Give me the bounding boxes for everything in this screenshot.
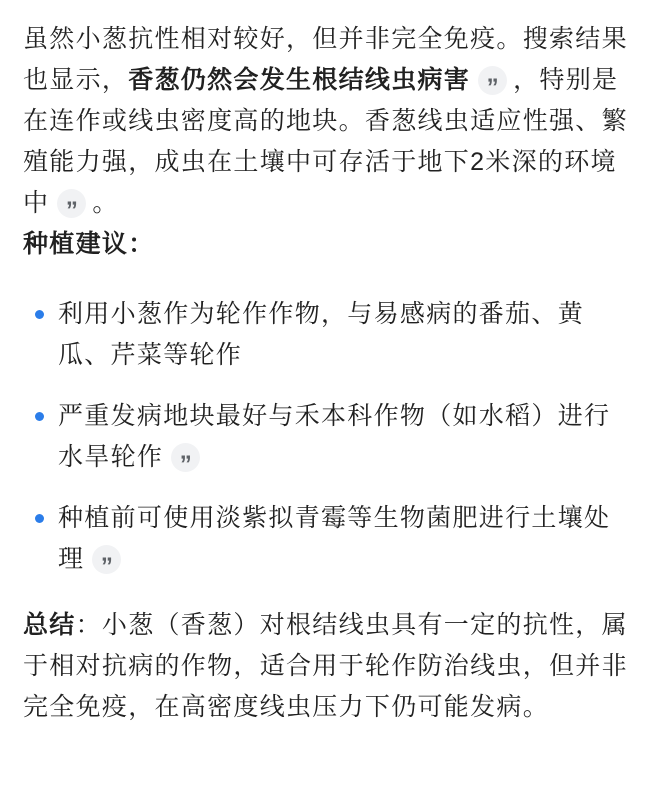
- text-run: 完全免疫，在高密度线虫压力下仍可能发病。: [23, 693, 549, 721]
- text-run: 严重发病地块最好与禾本科作物（如水稻）进行: [58, 402, 610, 430]
- list-item: 严重发病地块最好与禾本科作物（如水稻）进行水旱轮作”: [23, 396, 636, 478]
- citation-quote-icon[interactable]: ”: [92, 545, 121, 574]
- text-run: 殖能力强，成虫在土壤中可存活于地下2米深的环境: [23, 148, 617, 176]
- text-run: 在连作或线虫密度高的地块。香葱线虫适应性强、繁: [23, 107, 628, 135]
- text-run: 瓜、芹菜等轮作: [58, 341, 242, 369]
- answer-content: 虽然小葱抗性相对较好，但并非完全免疫。搜索结果也显示，香葱仍然会发生根结线虫病害…: [0, 0, 648, 728]
- text-run: ：小葱（香葱）对根结线虫具有一定的抗性，属: [76, 611, 628, 639]
- list-item: 利用小葱作为轮作作物，与易感病的番茄、黄瓜、芹菜等轮作: [23, 294, 636, 376]
- summary-paragraph: 总结：小葱（香葱）对根结线虫具有一定的抗性，属于相对抗病的作物，适合用于轮作防治…: [23, 605, 636, 728]
- citation-quote-icon[interactable]: ”: [478, 66, 507, 95]
- text-run: 种植前可使用淡紫拟青霉等生物菌肥进行土壤处: [58, 504, 610, 532]
- text-run: 中: [23, 189, 49, 217]
- text-run: 利用小葱作为轮作作物，与易感病的番茄、黄: [58, 300, 584, 328]
- citation-quote-icon[interactable]: ”: [171, 443, 200, 472]
- text-run: 于相对抗病的作物，适合用于轮作防治线虫，但并非: [23, 652, 628, 680]
- bold-text-run: 种植建议：: [23, 230, 155, 258]
- text-run: 虽然小葱抗性相对较好，但并非完全免疫。搜索结果: [23, 25, 628, 53]
- advice-list: 利用小葱作为轮作作物，与易感病的番茄、黄瓜、芹菜等轮作严重发病地块最好与禾本科作…: [23, 294, 636, 580]
- text-run: 理: [58, 545, 84, 573]
- bold-text-run: 总结: [23, 611, 76, 639]
- text-run: 。: [92, 189, 118, 217]
- bold-text-run: 香葱仍然会发生根结线虫病害: [128, 66, 470, 94]
- intro-paragraph: 虽然小葱抗性相对较好，但并非完全免疫。搜索结果也显示，香葱仍然会发生根结线虫病害…: [23, 19, 636, 224]
- text-run: 水旱轮作: [58, 443, 163, 471]
- text-run: 也显示，: [23, 66, 128, 94]
- text-run: ，特别是: [513, 66, 618, 94]
- planting-advice-heading: 种植建议：: [23, 224, 636, 265]
- citation-quote-icon[interactable]: ”: [57, 189, 86, 218]
- list-item: 种植前可使用淡紫拟青霉等生物菌肥进行土壤处理”: [23, 498, 636, 580]
